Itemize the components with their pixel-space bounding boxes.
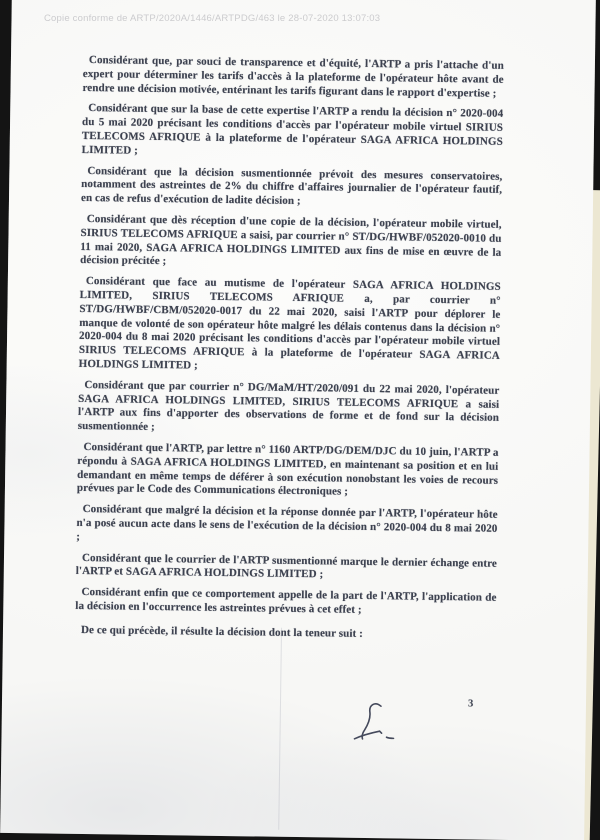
paragraph: Considérant que sur la base de cette exp… bbox=[82, 102, 504, 163]
paragraph: Considérant que face au mutisme de l'opé… bbox=[79, 275, 501, 377]
paragraph: Considérant que la décision susmentionné… bbox=[81, 165, 503, 212]
document-body: Considérant que, par souci de transparen… bbox=[75, 54, 504, 650]
paragraph: Considérant enfin que ce comportement ap… bbox=[75, 586, 496, 619]
paragraph: Considérant que dès réception d'une copi… bbox=[80, 213, 502, 274]
paragraph: Considérant que l'ARTP, par lettre n° 11… bbox=[77, 441, 499, 502]
page-number: 3 bbox=[468, 698, 473, 709]
paragraph: Considérant que, par souci de transparen… bbox=[82, 54, 504, 101]
closing-line: De ce qui précède, il résulte la décisio… bbox=[75, 624, 496, 644]
signature-mark bbox=[330, 698, 411, 759]
paragraph: Considérant que le courrier de l'ARTP su… bbox=[76, 551, 497, 584]
copy-certification-watermark: Copie conforme de ARTP/2020A/1446/ARTPDG… bbox=[44, 13, 380, 24]
paragraph: Considérant que par courrier n° DG/MaM/H… bbox=[78, 379, 500, 440]
fold-line bbox=[278, 628, 282, 830]
paragraph: Considérant que malgré la décision et la… bbox=[76, 503, 498, 550]
scanned-document-photo: Considérant que, par souci de transparen… bbox=[0, 0, 600, 840]
document-page: Considérant que, par souci de transparen… bbox=[0, 0, 596, 840]
